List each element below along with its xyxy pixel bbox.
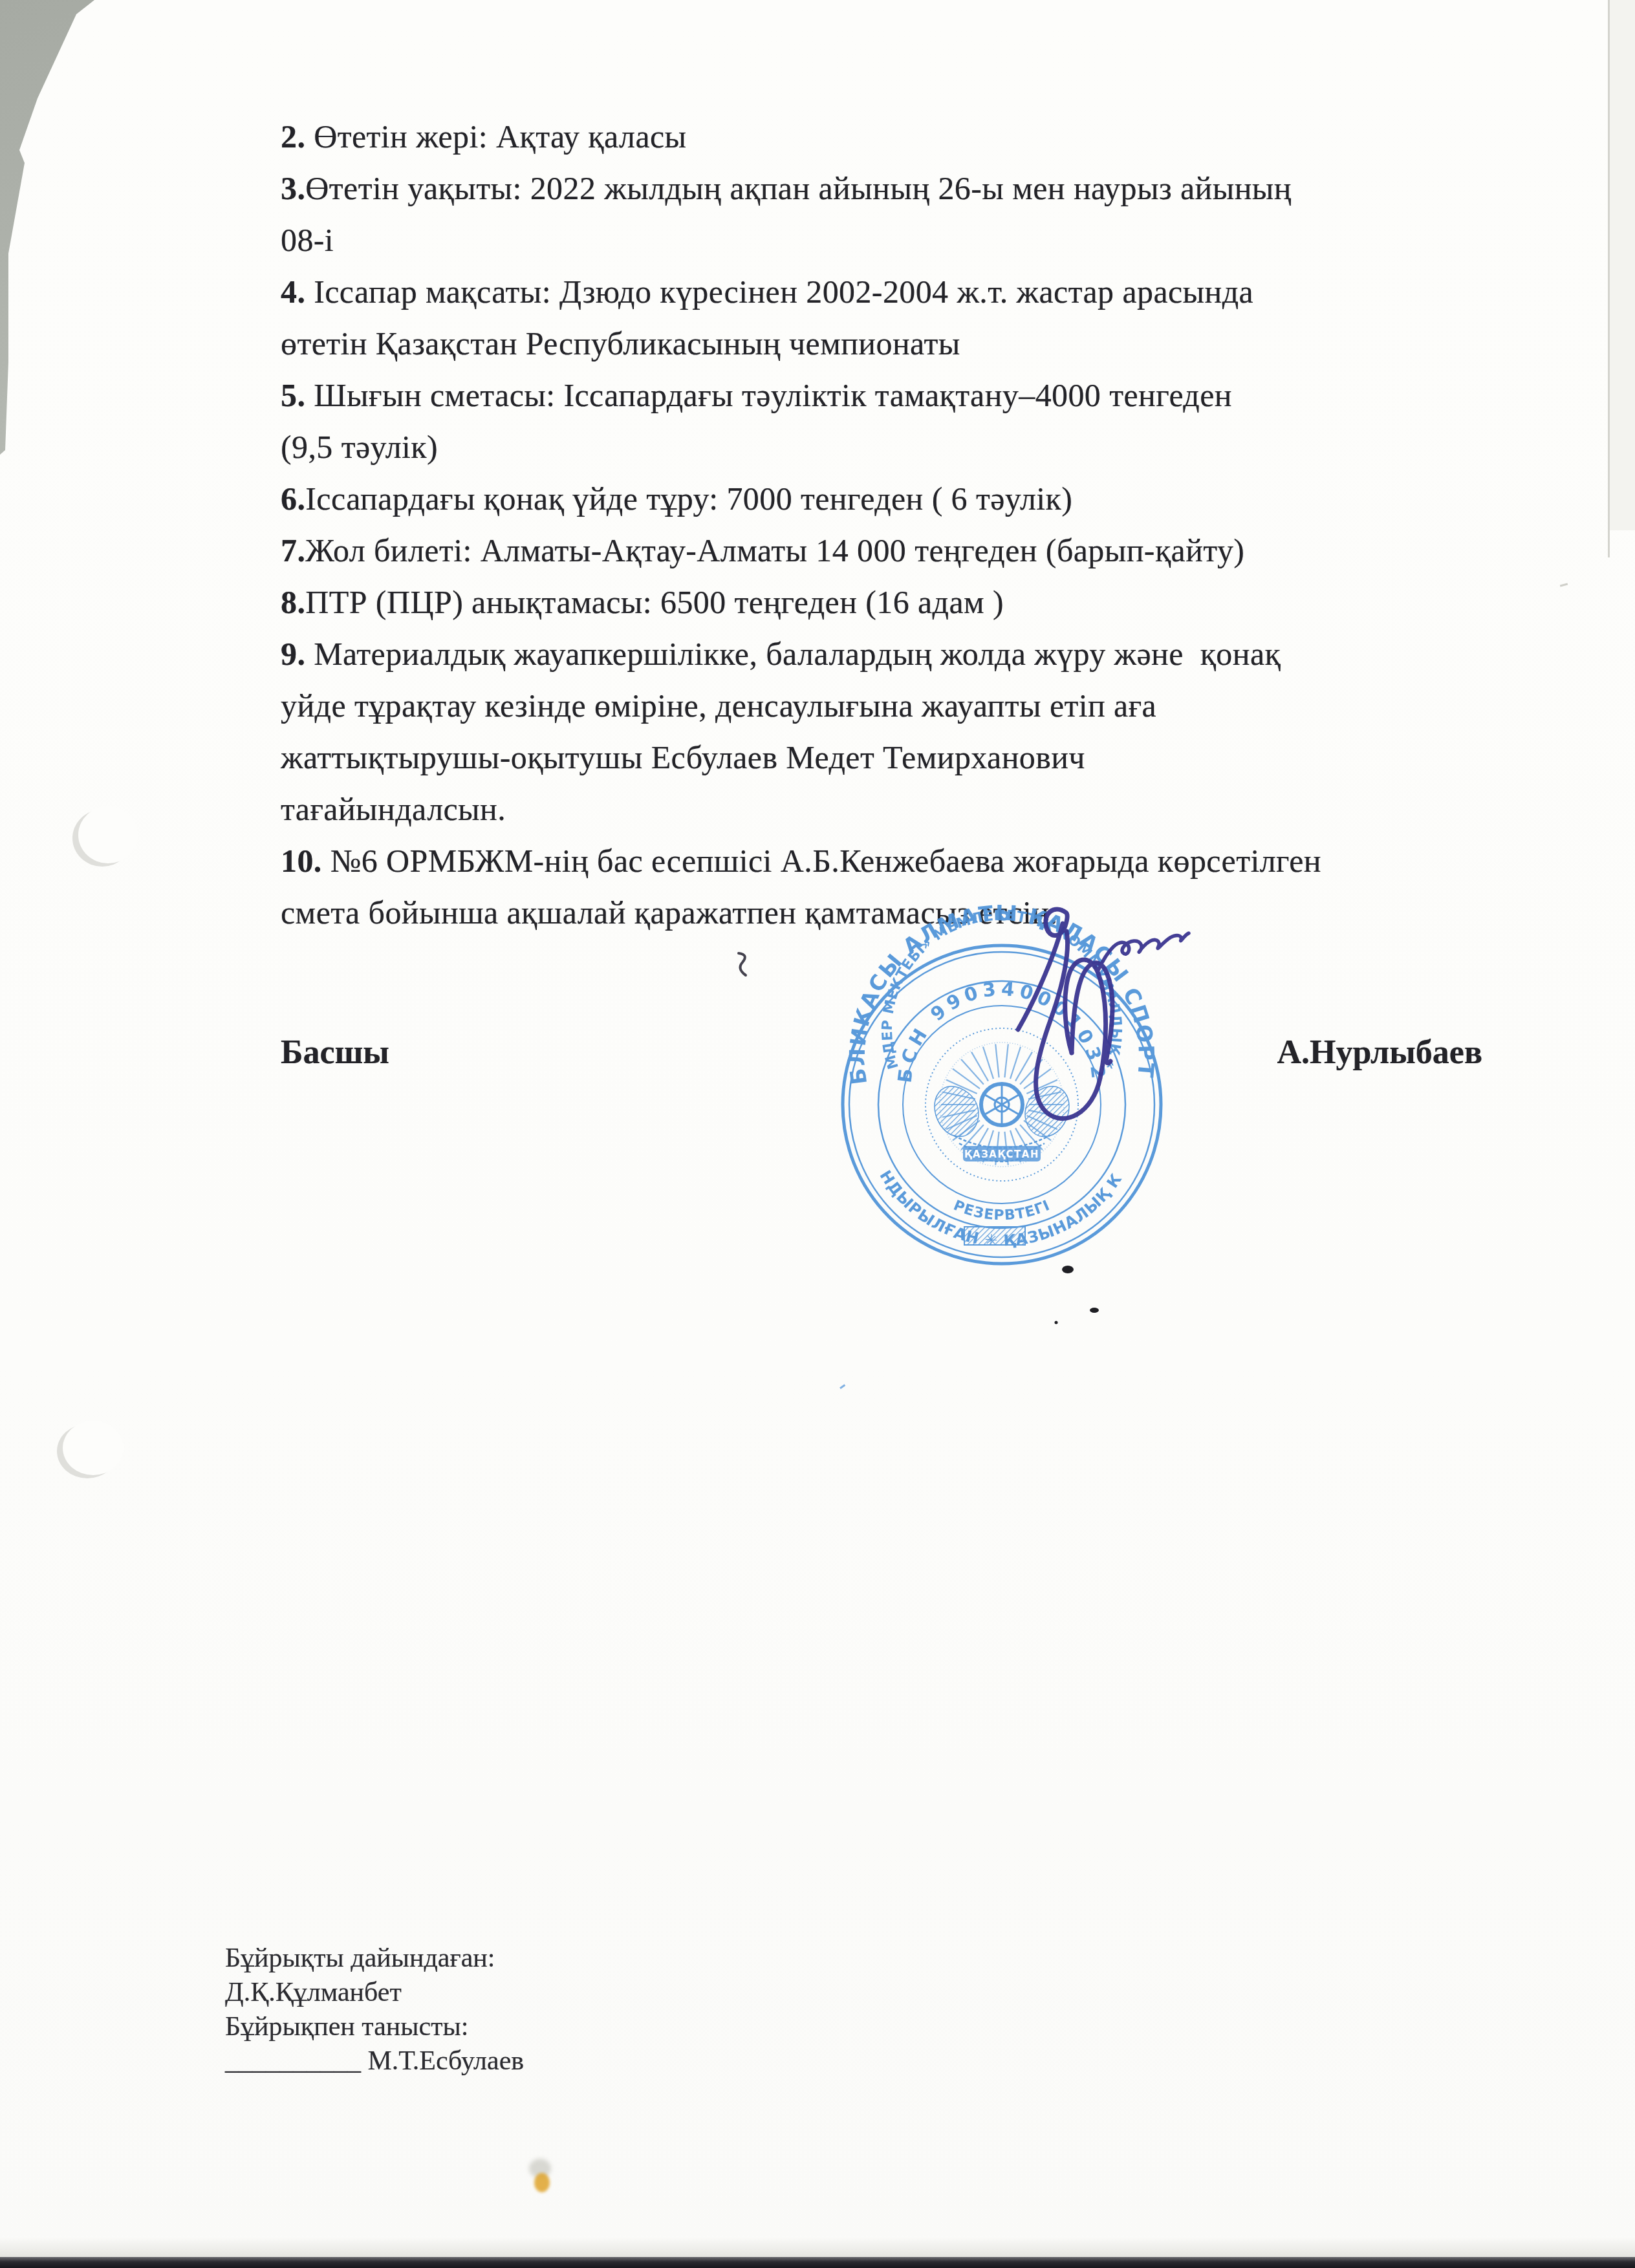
footer-prepared-label: Бұйрықты дайындаған: [225,1941,524,1976]
footer-prepared-by: Д.Қ.Құлманбет [225,1976,524,2010]
footer-acquainted-label: Бұйрықпен танысты: [225,2010,524,2044]
blue-speck [839,1384,845,1389]
footer-block: Бұйрықты дайындаған: Д.Қ.Құлманбет Бұйры… [225,1941,524,2079]
footer-acquainted-by: М.Т.Есбулаев [368,2046,525,2076]
scanned-page: 2. Өтетін жері: Ақтау қаласы3.Өтетін уақ… [0,0,1635,2268]
emblem-caption: ҚАЗАҚСТАН [964,1149,1039,1160]
emblem-shanyrak [981,1084,1023,1125]
pen-mark [739,953,746,975]
svg-text:РЕЗЕРВТЕГІ: РЕЗЕРВТЕГІ [951,1198,1053,1224]
footer-signature-line: __________ М.Т.Есбулаев [225,2044,524,2079]
stamp-outer-ring-bottom-text: МАМАНДАНДЫРЫЛҒАН ✳ ҚАЗЫНАЛЫҚ КӘСІПОРНЫ [0,0,1126,1250]
svg-text:МАМАНДАНДЫРЫЛҒАН ✳ ҚАЗЫНАЛЫҚ К: МАМАНДАНДЫРЫЛҒАН ✳ ҚАЗЫНАЛЫҚ КӘСІПОРНЫ [0,0,1126,1250]
handwritten-signature [1018,909,1189,1119]
emblem-horse-left [935,1086,979,1137]
stamp-and-signature-layer: ҚАЗАҚСТАН РЕСПУБЛИКАСЫ АЛМАТЫ ҚАЛАСЫ СПО… [0,0,1635,2268]
official-stamp: ҚАЗАҚСТАН РЕСПУБЛИКАСЫ АЛМАТЫ ҚАЛАСЫ СПО… [0,0,1161,1264]
stamp-emblem: ҚАЗАҚСТАН [926,1028,1078,1181]
ink-specks [1055,1266,1099,1324]
stamp-barcode-box [964,1227,1025,1245]
signature-blank: __________ [225,2046,361,2076]
stamp-middle-ring-bottom-text: РЕЗЕРВТЕГІ [951,1198,1053,1224]
